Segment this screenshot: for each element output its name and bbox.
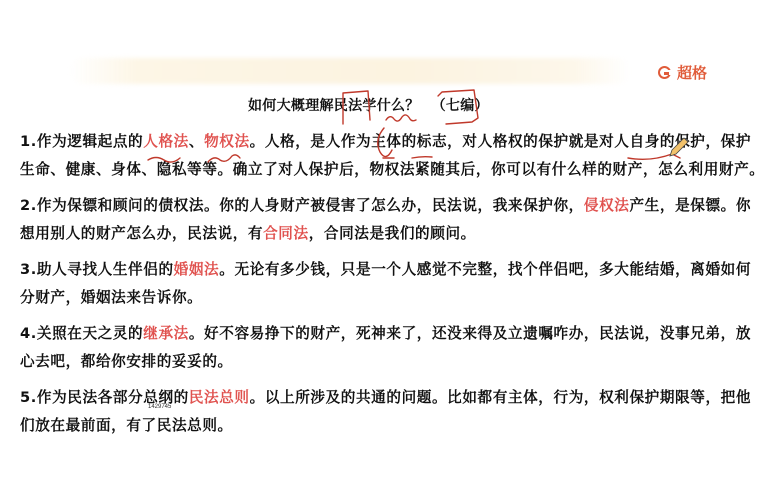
highlight-term: 合同法 xyxy=(263,225,309,242)
para-text: 1.作为逻辑起点的 xyxy=(20,133,143,150)
paragraph-2: 2.作为保镖和顾问的债权法。你的人身财产被侵害了怎么办，民法说，我来保护你，侵权… xyxy=(20,192,765,248)
brand-name: 超格 xyxy=(677,62,707,83)
highlight-term: 婚姻法 xyxy=(174,261,220,278)
paragraph-3: 3.助人寻找人生伴侣的婚姻法。无论有多少钱，只是一个人感觉不完整，找个伴侣吧，多… xyxy=(20,256,765,312)
highlight-term: 人格法 xyxy=(143,133,189,150)
c-logo-icon xyxy=(658,66,671,79)
title-suffix: （七编） xyxy=(432,98,489,114)
para-text: 2.作为保镖和顾问的债权法。你的人身财产被侵害了怎么办，民法说，我来保护你， xyxy=(20,197,584,214)
page-title: 如何大概理解民法学什么？（七编） xyxy=(248,95,489,115)
highlight-term: 物权法 xyxy=(204,133,250,150)
header-banner xyxy=(70,58,630,84)
highlight-term: 侵权法 xyxy=(584,197,630,214)
watermark-id: 1429745 xyxy=(148,404,171,410)
paragraph-5: 5.作为民法各部分总纲的民法总则。以上所涉及的共通的问题。比如都有主体，行为，权… xyxy=(20,384,765,440)
para-text: ，合同法是我们的顾问。 xyxy=(309,225,476,242)
document-body: 1.作为逻辑起点的人格法、物权法。人格，是人作为主体的标志，对人格权的保护就是对… xyxy=(20,128,765,448)
highlight-term: 民法总则 xyxy=(189,389,250,406)
para-text: 3.助人寻找人生伴侣的 xyxy=(20,261,174,278)
annotation-squiggle-icon xyxy=(386,115,416,121)
para-text: 、 xyxy=(189,133,204,150)
brand-logo: 超格 xyxy=(658,62,707,83)
highlight-term: 继承法 xyxy=(143,325,189,342)
paragraph-4: 4.关照在天之灵的继承法。好不容易挣下的财产，死神来了，还没来得及立遗嘱咋办，民… xyxy=(20,320,765,376)
paragraph-1: 1.作为逻辑起点的人格法、物权法。人格，是人作为主体的标志，对人格权的保护就是对… xyxy=(20,128,765,184)
para-text: 4.关照在天之灵的 xyxy=(20,325,143,342)
title-text: 如何大概理解民法学什么？ xyxy=(248,98,420,114)
